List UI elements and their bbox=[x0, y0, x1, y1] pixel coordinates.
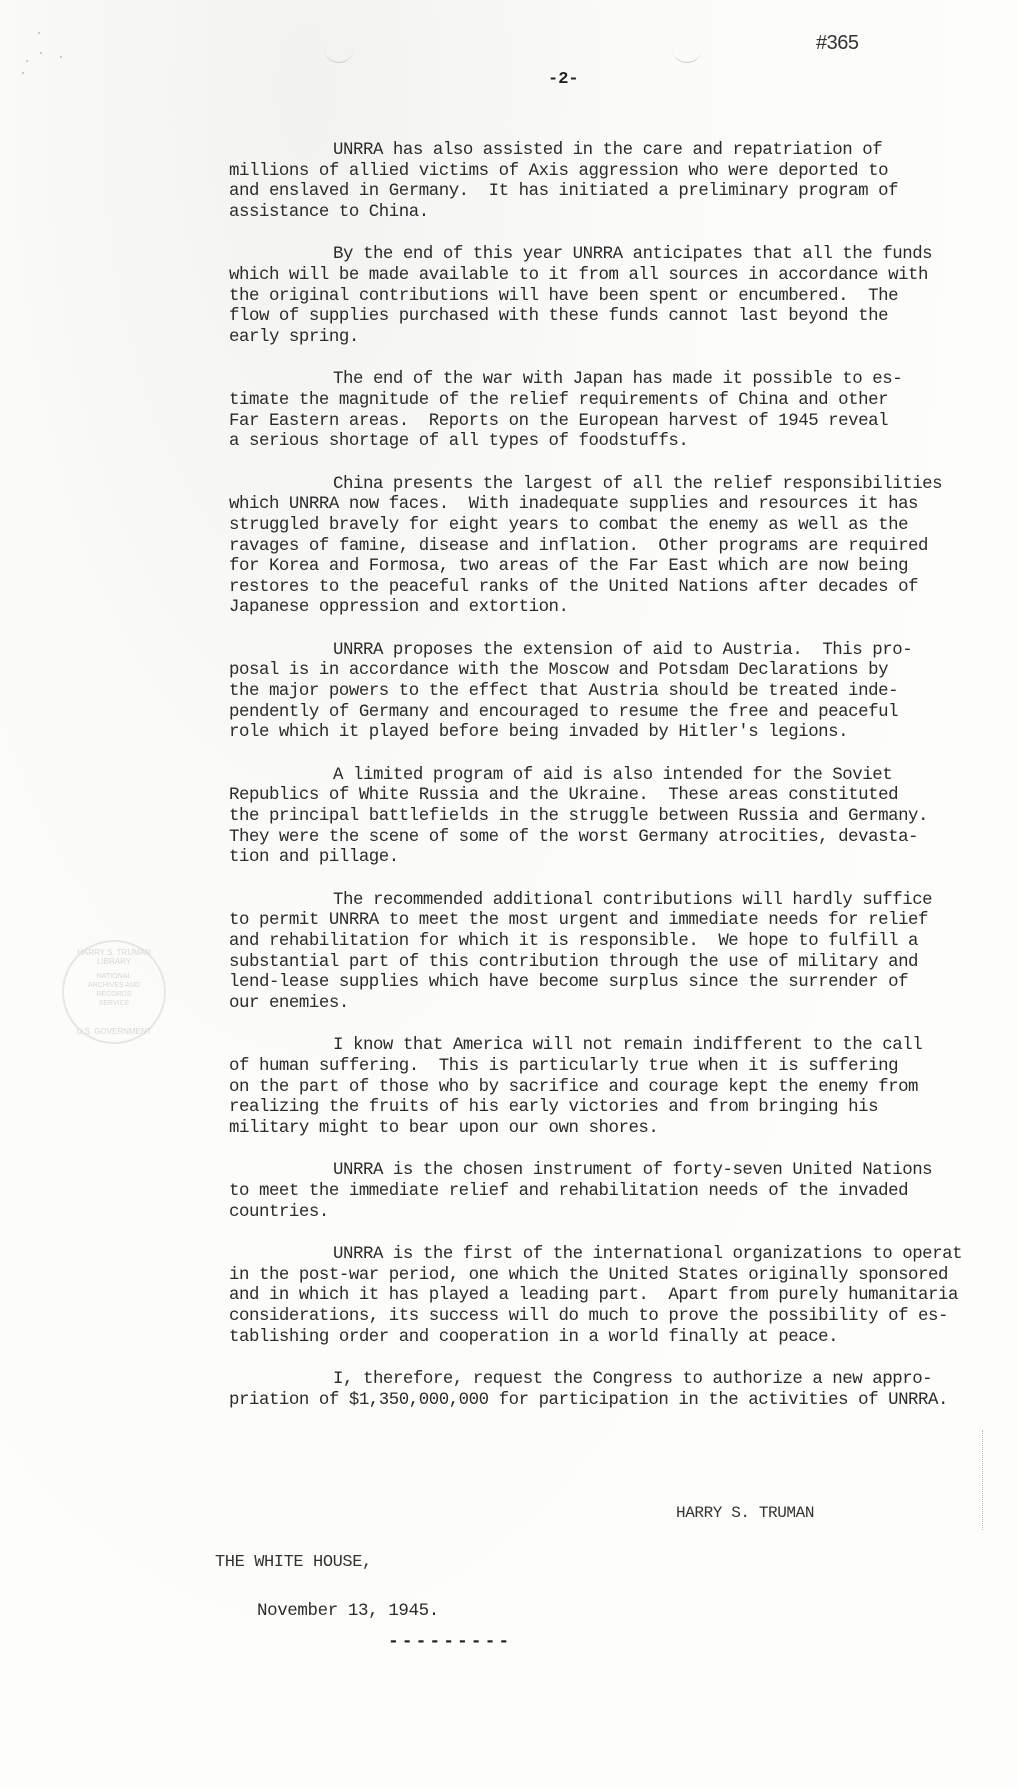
text-line: Japanese oppression and extortion. bbox=[229, 598, 1018, 619]
text-line: flow of supplies purchased with these fu… bbox=[229, 307, 1018, 328]
paragraph-chosen-instrument: UNRRA is the chosen instrument of forty-… bbox=[229, 1161, 1018, 1223]
signature-name: HARRY S. TRUMAN bbox=[676, 1504, 814, 1522]
text-line: assistance to China. bbox=[229, 203, 1018, 224]
date-line: November 13, 1945. bbox=[257, 1601, 439, 1621]
punch-hole-mark bbox=[324, 40, 354, 63]
text-line: UNRRA has also assisted in the care and … bbox=[229, 141, 1018, 162]
text-line: on the part of those who by sacrifice an… bbox=[229, 1078, 1018, 1099]
text-line: struggled bravely for eight years to com… bbox=[229, 516, 1018, 537]
text-line: Far Eastern areas. Reports on the Europe… bbox=[229, 412, 1018, 433]
text-line: countries. bbox=[229, 1203, 1018, 1224]
paragraph-america: I know that America will not remain indi… bbox=[229, 1036, 1018, 1139]
text-line: posal is in accordance with the Moscow a… bbox=[229, 661, 1018, 682]
text-line: and rehabilitation for which it is respo… bbox=[229, 932, 1018, 953]
text-line: role which it played before being invade… bbox=[229, 723, 1018, 744]
end-rule: --------- bbox=[388, 1632, 512, 1652]
text-line: military might to bear upon our own shor… bbox=[229, 1119, 1018, 1140]
archive-stamp: HARRY S. TRUMAN LIBRARY NATIONAL ARCHIVE… bbox=[62, 940, 166, 1044]
paragraph-austria: UNRRA proposes the extension of aid to A… bbox=[229, 641, 1018, 744]
paper-specks bbox=[20, 30, 80, 80]
place-line: THE WHITE HOUSE, bbox=[215, 1553, 372, 1572]
stamp-inner-text: NATIONAL ARCHIVES AND RECORDS SERVICE bbox=[64, 972, 164, 1008]
text-line: a serious shortage of all types of foods… bbox=[229, 432, 1018, 453]
paragraph-china: China presents the largest of all the re… bbox=[229, 475, 1018, 619]
text-line: The end of the war with Japan has made i… bbox=[229, 370, 1018, 391]
text-line: the principal battlefields in the strugg… bbox=[229, 807, 1018, 828]
text-line: The recommended additional contributions… bbox=[229, 891, 1018, 912]
text-line: ravages of famine, disease and inflation… bbox=[229, 537, 1018, 558]
text-line: and enslaved in Germany. It has initiate… bbox=[229, 182, 1018, 203]
paragraph-contributions: The recommended additional contributions… bbox=[229, 891, 1018, 1015]
text-line: to permit UNRRA to meet the most urgent … bbox=[229, 911, 1018, 932]
text-line: lend-lease supplies which have become su… bbox=[229, 973, 1018, 994]
text-line: A limited program of aid is also intende… bbox=[229, 766, 1018, 787]
margin-mark bbox=[982, 1430, 985, 1530]
stamp-ring-top: HARRY S. TRUMAN LIBRARY bbox=[64, 948, 164, 966]
text-line: the major powers to the effect that Aust… bbox=[229, 682, 1018, 703]
stamp-ring-bottom: U.S. GOVERNMENT bbox=[64, 1027, 164, 1036]
text-line: realizing the fruits of his early victor… bbox=[229, 1098, 1018, 1119]
text-line: of human suffering. This is particularly… bbox=[229, 1057, 1018, 1078]
paragraph-japan: The end of the war with Japan has made i… bbox=[229, 370, 1018, 452]
text-line: our enemies. bbox=[229, 994, 1018, 1015]
text-line: timate the magnitude of the relief requi… bbox=[229, 391, 1018, 412]
letter-body: UNRRA has also assisted in the care and … bbox=[229, 141, 1018, 1433]
text-line: I know that America will not remain indi… bbox=[229, 1036, 1018, 1057]
page-number: -2- bbox=[548, 70, 579, 89]
text-line: in the post-war period, one which the Un… bbox=[229, 1266, 1018, 1287]
document-page: #365 -2- HARRY S. TRUMAN LIBRARY NATIONA… bbox=[0, 0, 1018, 1789]
stamp-line: ARCHIVES AND bbox=[64, 981, 164, 990]
stamp-line: SERVICE bbox=[64, 999, 164, 1008]
stamp-line: RECORDS bbox=[64, 990, 164, 999]
text-line: which will be made available to it from … bbox=[229, 266, 1018, 287]
text-line: restores to the peaceful ranks of the Un… bbox=[229, 578, 1018, 599]
text-line: which UNRRA now faces. With inadequate s… bbox=[229, 495, 1018, 516]
punch-hole-mark bbox=[672, 40, 702, 63]
text-line: I, therefore, request the Congress to au… bbox=[229, 1370, 1018, 1391]
text-line: millions of allied victims of Axis aggre… bbox=[229, 162, 1018, 183]
text-line: substantial part of this contribution th… bbox=[229, 953, 1018, 974]
text-line: They were the scene of some of the worst… bbox=[229, 828, 1018, 849]
paragraph-first-organization: UNRRA is the first of the international … bbox=[229, 1245, 1018, 1348]
text-line: tablishing order and cooperation in a wo… bbox=[229, 1328, 1018, 1349]
paragraph-soviet-republics: A limited program of aid is also intende… bbox=[229, 766, 1018, 869]
text-line: By the end of this year UNRRA anticipate… bbox=[229, 245, 1018, 266]
paragraph-funds: By the end of this year UNRRA anticipate… bbox=[229, 245, 1018, 348]
stamp-line: NATIONAL bbox=[64, 972, 164, 981]
text-line: the original contributions will have bee… bbox=[229, 287, 1018, 308]
text-line: tion and pillage. bbox=[229, 848, 1018, 869]
document-number: #365 bbox=[816, 32, 859, 55]
text-line: China presents the largest of all the re… bbox=[229, 475, 1018, 496]
paragraph-appropriation-request: I, therefore, request the Congress to au… bbox=[229, 1370, 1018, 1411]
text-line: pendently of Germany and encouraged to r… bbox=[229, 703, 1018, 724]
text-line: priation of $1,350,000,000 for participa… bbox=[229, 1391, 1018, 1412]
text-line: UNRRA is the first of the international … bbox=[229, 1245, 1018, 1266]
text-line: for Korea and Formosa, two areas of the … bbox=[229, 557, 1018, 578]
text-line: considerations, its success will do much… bbox=[229, 1307, 1018, 1328]
text-line: UNRRA proposes the extension of aid to A… bbox=[229, 641, 1018, 662]
text-line: to meet the immediate relief and rehabil… bbox=[229, 1182, 1018, 1203]
text-line: and in which it has played a leading par… bbox=[229, 1286, 1018, 1307]
text-line: Republics of White Russia and the Ukrain… bbox=[229, 786, 1018, 807]
text-line: early spring. bbox=[229, 328, 1018, 349]
text-line: UNRRA is the chosen instrument of forty-… bbox=[229, 1161, 1018, 1182]
paragraph-repatriation: UNRRA has also assisted in the care and … bbox=[229, 141, 1018, 223]
